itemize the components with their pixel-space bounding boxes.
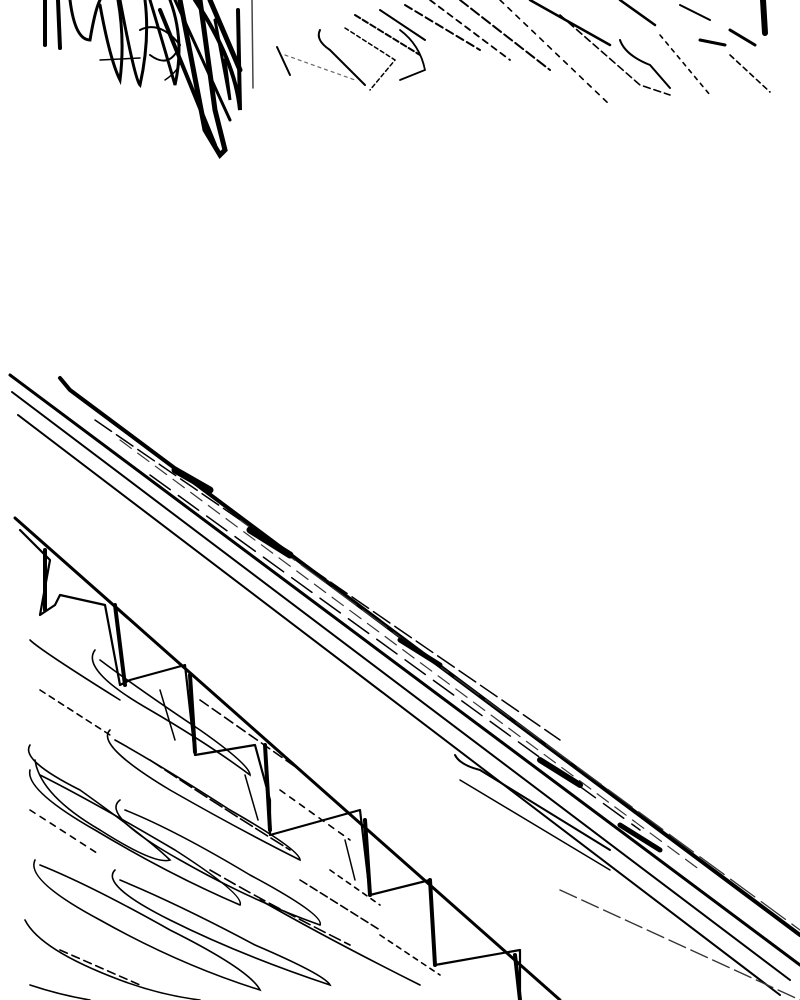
ink-sketch [0, 0, 800, 1000]
